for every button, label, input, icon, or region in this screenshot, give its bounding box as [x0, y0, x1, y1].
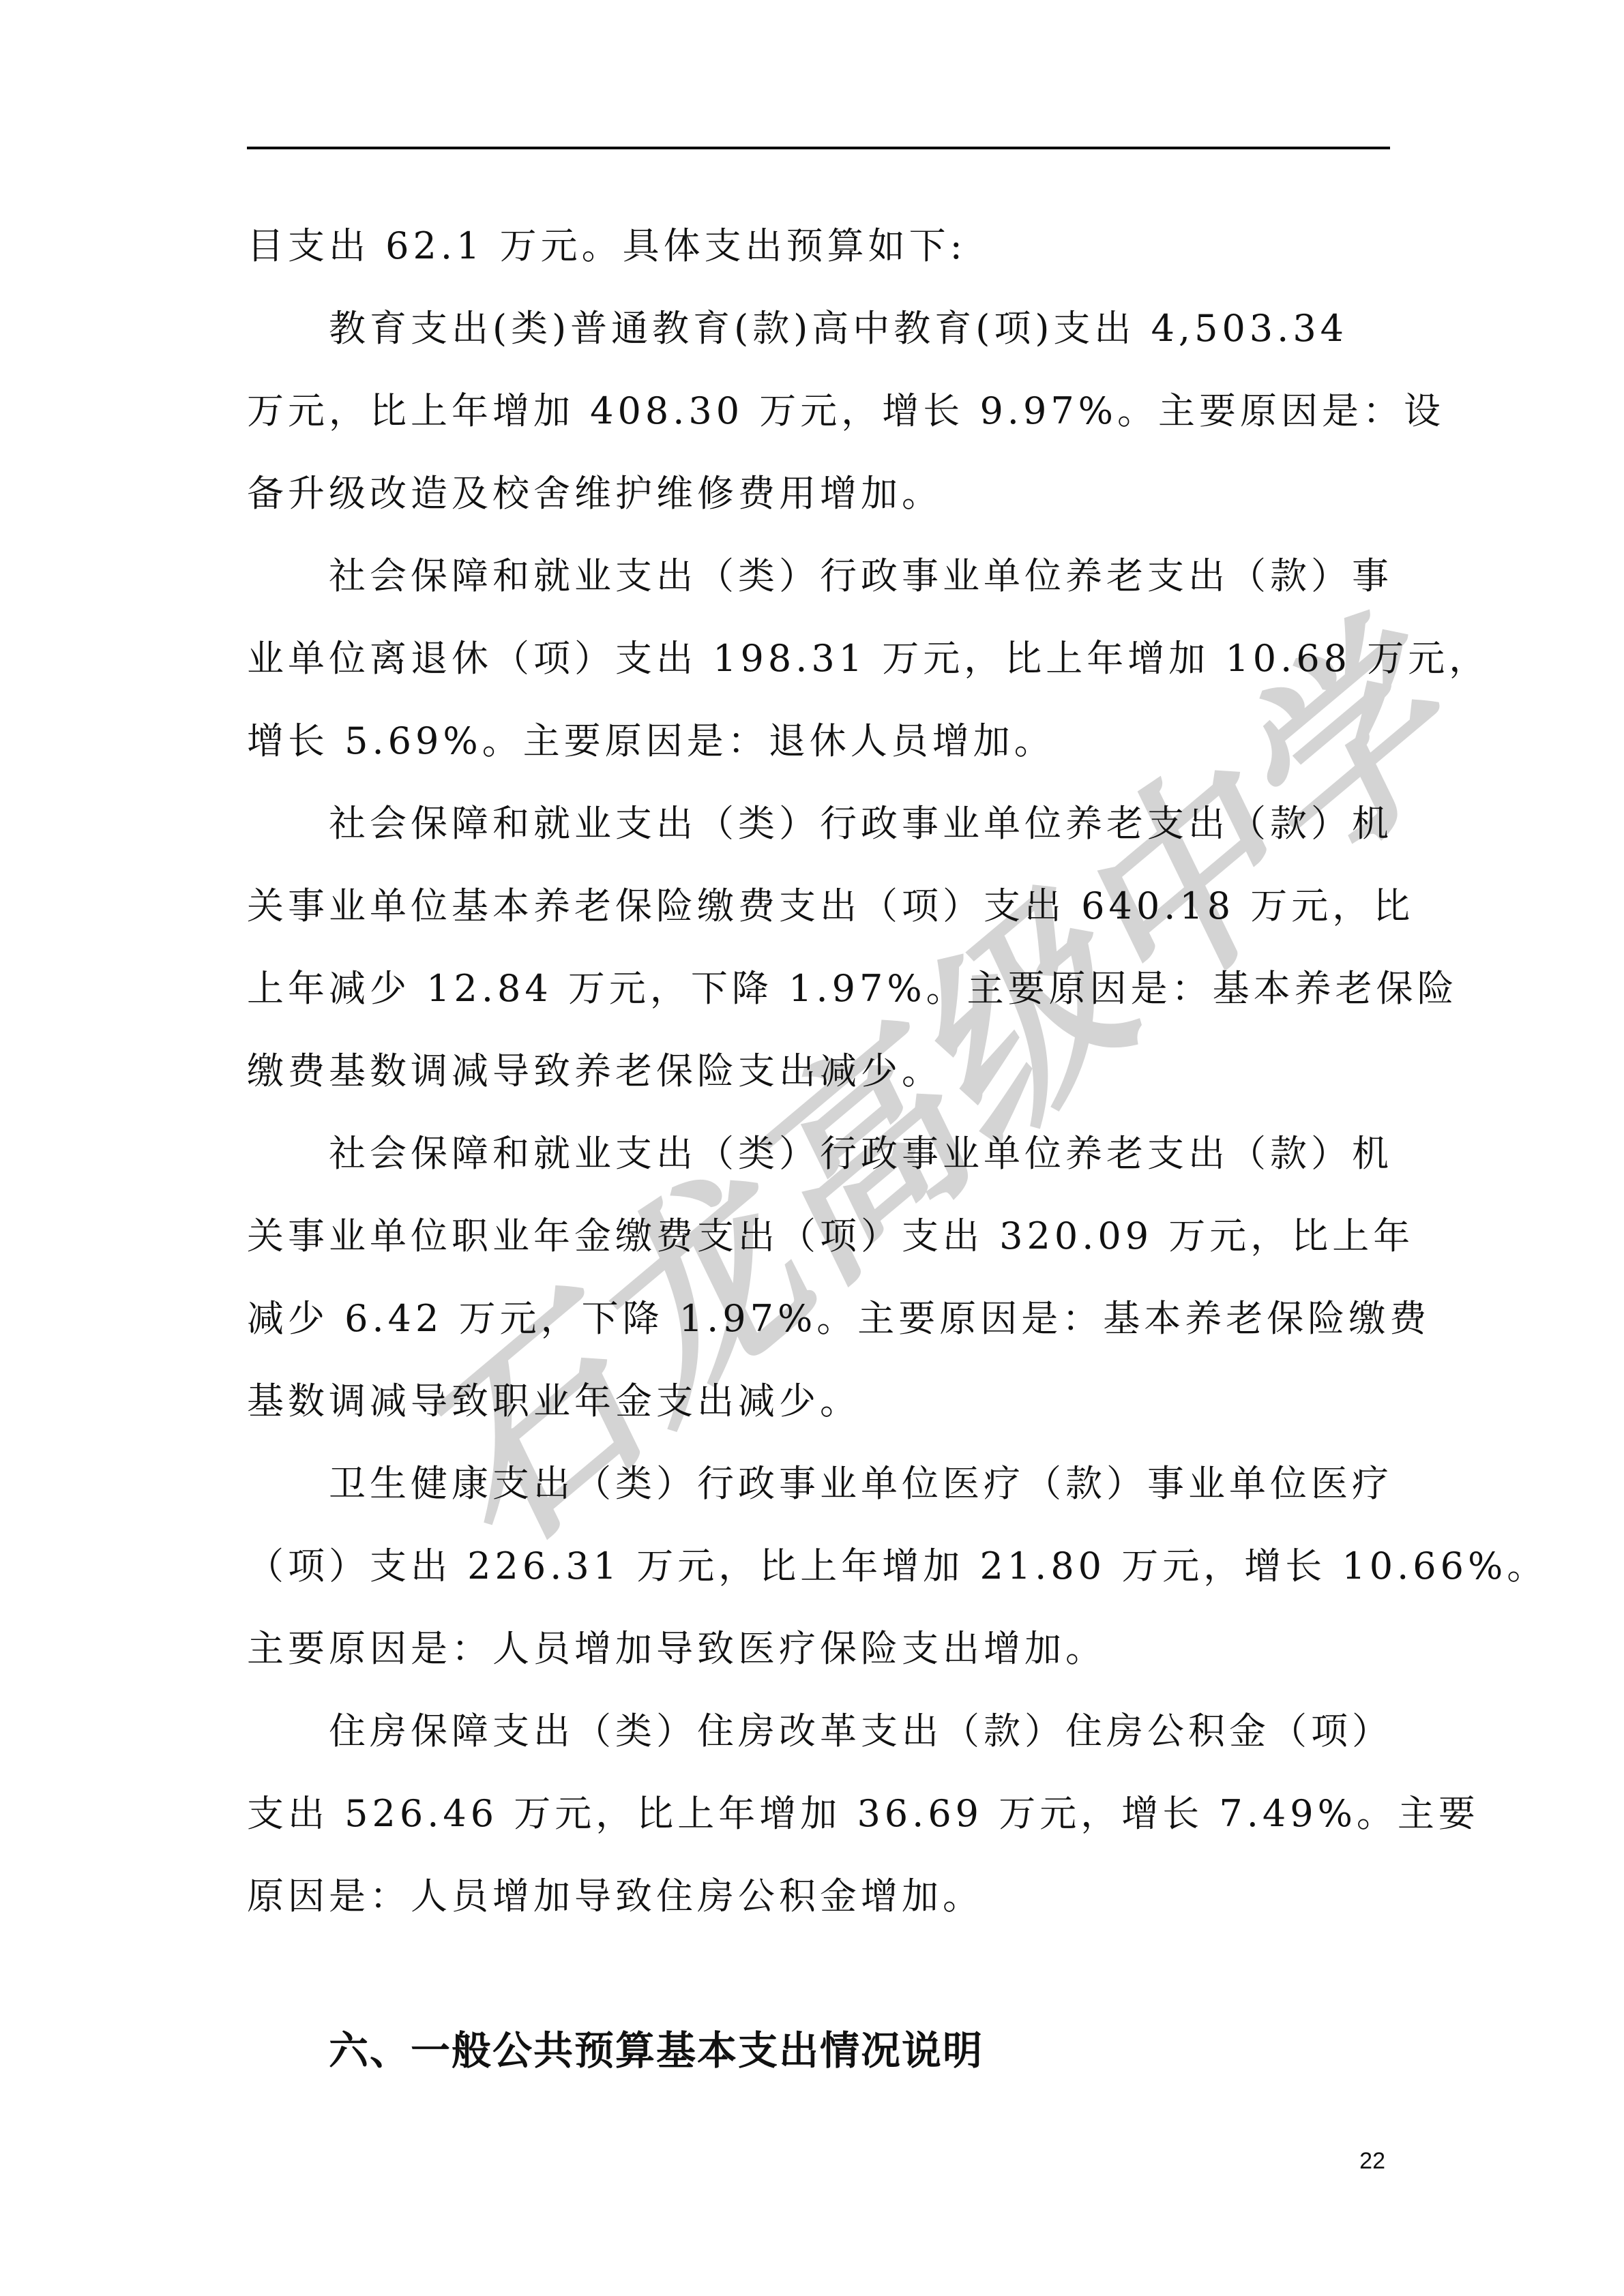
- text-line: 缴费基数调减导致养老保险支出减少。: [247, 1030, 1390, 1112]
- text-line: 社会保障和就业支出（类）行政事业单位养老支出（款）机: [247, 782, 1390, 865]
- text-line: 教育支出(类)普通教育(款)高中教育(项)支出 4,503.34: [247, 287, 1390, 370]
- text-line: （项）支出 226.31 万元，比上年增加 21.80 万元，增长 10.66%…: [247, 1525, 1390, 1607]
- text-line: 目支出 62.1 万元。具体支出预算如下:: [247, 205, 1390, 287]
- text-line: 关事业单位职业年金缴费支出（项）支出 320.09 万元，比上年: [247, 1195, 1390, 1277]
- text-line: 关事业单位基本养老保险缴费支出（项）支出 640.18 万元，比: [247, 865, 1390, 947]
- text-line: 减少 6.42 万元，下降 1.97%。主要原因是：基本养老保险缴费: [247, 1277, 1390, 1360]
- text-line: 社会保障和就业支出（类）行政事业单位养老支出（款）事: [247, 535, 1390, 617]
- text-line: 业单位离退休（项）支出 198.31 万元，比上年增加 10.68 万元，: [247, 617, 1390, 700]
- section-heading: 六、一般公共预算基本支出情况说明: [329, 2018, 984, 2076]
- document-body: 目支出 62.1 万元。具体支出预算如下: 教育支出(类)普通教育(款)高中教育…: [247, 205, 1390, 1937]
- page-number: 22: [1359, 2148, 1385, 2175]
- text-line: 备升级改造及校舍维护维修费用增加。: [247, 452, 1390, 535]
- text-line: 原因是：人员增加导致住房公积金增加。: [247, 1855, 1390, 1937]
- text-line: 住房保障支出（类）住房改革支出（款）住房公积金（项）: [247, 1690, 1390, 1772]
- text-line: 主要原因是：人员增加导致医疗保险支出增加。: [247, 1607, 1390, 1690]
- text-line: 卫生健康支出（类）行政事业单位医疗（款）事业单位医疗: [247, 1442, 1390, 1525]
- header-rule: [247, 147, 1390, 149]
- text-line: 基数调减导致职业年金支出减少。: [247, 1360, 1390, 1442]
- text-line: 增长 5.69%。主要原因是：退休人员增加。: [247, 700, 1390, 782]
- text-line: 上年减少 12.84 万元，下降 1.97%。主要原因是：基本养老保险: [247, 947, 1390, 1030]
- text-line: 社会保障和就业支出（类）行政事业单位养老支出（款）机: [247, 1112, 1390, 1195]
- text-line: 支出 526.46 万元，比上年增加 36.69 万元，增长 7.49%。主要: [247, 1772, 1390, 1855]
- text-line: 万元，比上年增加 408.30 万元，增长 9.97%。主要原因是：设: [247, 370, 1390, 452]
